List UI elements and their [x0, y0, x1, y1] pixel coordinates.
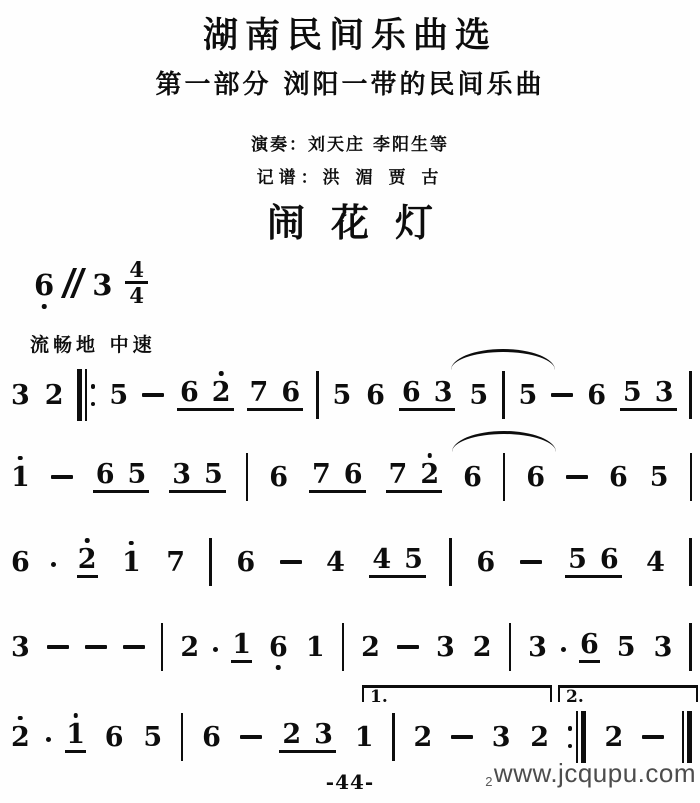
note: 5 — [468, 382, 489, 409]
augmentation-dot-icon — [46, 737, 51, 742]
volta-bracket-2: 2. — [558, 685, 698, 702]
note: 4 — [325, 549, 346, 576]
note: 3 — [491, 724, 512, 751]
duration-dash — [47, 645, 69, 649]
duration-dash — [51, 475, 73, 479]
beamed-note-group: 53 — [620, 379, 677, 411]
note: 6 — [201, 724, 222, 751]
note: 1 — [65, 721, 86, 753]
beamed-note-group: 76 — [309, 461, 366, 493]
beamed-note-group: 72 — [386, 461, 443, 493]
volta-bracket-1: 1. — [362, 685, 552, 702]
tempo-marking: 流畅地 中速 — [30, 330, 156, 357]
note: 6 — [179, 379, 200, 406]
note: 3 — [653, 634, 674, 661]
tuning-low-note: 6 — [34, 271, 54, 300]
duration-dash — [85, 645, 107, 649]
time-signature-numerator: 4 — [125, 259, 148, 280]
barline — [209, 538, 212, 586]
note: 2 — [44, 382, 65, 409]
barline-with-tie — [503, 453, 506, 501]
note: 5 — [127, 461, 148, 488]
note: 2 — [529, 724, 550, 751]
beamed-note-group: 65 — [93, 461, 150, 493]
barline — [181, 713, 184, 761]
barline-with-tie — [502, 371, 505, 419]
duration-dash — [240, 735, 262, 739]
note: 6 — [268, 464, 289, 491]
sheet-music-page: 湖南民间乐曲选 第一部分 浏阳一带的民间乐曲 演奏：刘天庄 李阳生等 记谱：洪 … — [0, 0, 700, 803]
note: 3 — [171, 461, 192, 488]
note: 6 — [401, 379, 422, 406]
time-signature-denominator: 4 — [125, 281, 148, 306]
note: 5 — [567, 546, 588, 573]
repeat-begin-sign — [77, 369, 95, 421]
note: 6 — [280, 379, 301, 406]
duration-dash — [123, 645, 145, 649]
note: 5 — [518, 382, 539, 409]
note: 2 — [604, 724, 625, 751]
note: 2 — [360, 634, 381, 661]
note: 2 — [179, 634, 200, 661]
note: 5 — [142, 724, 163, 751]
collection-title: 湖南民间乐曲选 — [0, 8, 700, 58]
octave-dot-above-icon — [129, 541, 134, 546]
beamed-note-group: 35 — [169, 461, 226, 493]
note: 6 — [599, 546, 620, 573]
note: 6 — [95, 461, 116, 488]
note: 5 — [622, 379, 643, 406]
watermark-prefix: 2 — [485, 774, 493, 789]
beamed-note-group: 23 — [279, 721, 336, 753]
time-signature: 4 4 — [125, 259, 148, 306]
barline — [689, 623, 692, 671]
performers-credit: 演奏：刘天庄 李阳生等 — [0, 130, 700, 155]
augmentation-dot-icon — [213, 647, 218, 652]
beamed-note-group: 76 — [247, 379, 304, 411]
note: 5 — [108, 382, 129, 409]
note: 3 — [435, 634, 456, 661]
barline — [509, 623, 512, 671]
octave-dot-above-icon — [219, 371, 224, 376]
note: 4 — [645, 549, 666, 576]
note: 6 — [10, 549, 31, 576]
beamed-note-group: 63 — [399, 379, 456, 411]
note: 3 — [313, 721, 334, 748]
note: 2 — [412, 724, 433, 751]
note: 1 — [231, 631, 252, 663]
notation-line-3: 621764456564 — [10, 532, 692, 592]
note: 2 — [10, 724, 31, 751]
note: 2 — [77, 546, 98, 578]
note: 3 — [654, 379, 675, 406]
note: 6 — [475, 549, 496, 576]
note: 2 — [419, 461, 440, 488]
octave-dot-above-icon — [18, 716, 23, 721]
duration-dash — [397, 645, 419, 649]
beamed-note-group: 62 — [177, 379, 234, 411]
note: 1 — [305, 634, 326, 661]
note: 2 — [211, 379, 232, 406]
barline — [161, 623, 164, 671]
octave-dot-above-icon — [18, 456, 23, 461]
note: 6 — [365, 382, 386, 409]
note: 7 — [165, 549, 186, 576]
note: 3 — [527, 634, 548, 661]
note: 5 — [331, 382, 352, 409]
note: 6 — [343, 461, 364, 488]
repeat-end-sign — [568, 711, 586, 763]
augmentation-dot-icon — [51, 562, 56, 567]
final-barline — [682, 711, 692, 763]
duration-dash — [520, 560, 542, 564]
duration-dash — [142, 393, 164, 397]
octave-dot-below-icon — [42, 304, 47, 309]
note: 3 — [10, 634, 31, 661]
octave-dot-above-icon — [427, 453, 432, 458]
note: 7 — [311, 461, 332, 488]
watermark-url: www.jcqupu.com — [494, 758, 696, 788]
note: 2 — [281, 721, 302, 748]
volta-label: 2. — [566, 689, 584, 706]
volta-label: 1. — [370, 689, 388, 706]
augmentation-dot-icon — [561, 647, 566, 652]
barline — [689, 371, 692, 419]
note: 7 — [249, 379, 270, 406]
note: 7 — [388, 461, 409, 488]
note: 1 — [10, 464, 31, 491]
beamed-note-group: 56 — [565, 546, 622, 578]
barline — [342, 623, 345, 671]
beamed-note-group: 45 — [369, 546, 426, 578]
barline — [449, 538, 452, 586]
note: 1 — [121, 549, 142, 576]
notation-line-2: 16535676726665 — [10, 447, 692, 507]
octave-dot-below-icon — [276, 665, 281, 670]
transcriber-credit: 记谱：洪 湄 贾 古 — [0, 163, 700, 188]
notation-line-4: 321612323653 — [10, 617, 692, 677]
note: 5 — [616, 634, 637, 661]
note: 5 — [649, 464, 670, 491]
note: 6 — [104, 724, 125, 751]
note: 6 — [586, 382, 607, 409]
note: 3 — [433, 379, 454, 406]
barline — [689, 538, 692, 586]
duration-dash — [551, 393, 573, 397]
notation-line-1: 3256276566355653 — [10, 365, 692, 425]
note: 6 — [579, 631, 600, 663]
duration-dash — [451, 735, 473, 739]
note: 5 — [403, 546, 424, 573]
note: 6 — [462, 464, 483, 491]
note: 6 — [608, 464, 629, 491]
octave-dot-above-icon — [85, 538, 90, 543]
note: 6 — [525, 464, 546, 491]
note: 1 — [354, 724, 375, 751]
duration-dash — [642, 735, 664, 739]
duration-dash — [566, 475, 588, 479]
note: 2 — [472, 634, 493, 661]
note: 3 — [10, 382, 31, 409]
key-signature: 6 3 4 4 — [34, 262, 148, 308]
barline — [690, 453, 693, 501]
barline — [392, 713, 395, 761]
duration-dash — [280, 560, 302, 564]
barline — [246, 453, 249, 501]
barline — [316, 371, 319, 419]
section-title: 第一部分 浏阳一带的民间乐曲 — [0, 64, 700, 101]
note: 6 — [268, 634, 289, 661]
tuning-separator-icon — [67, 268, 79, 298]
note: 6 — [235, 549, 256, 576]
note: 4 — [371, 546, 392, 573]
watermark: 2www.jcqupu.com — [485, 758, 696, 789]
tuning-high-note: 3 — [92, 271, 112, 300]
song-title: 闹花灯 — [0, 192, 700, 247]
note: 5 — [203, 461, 224, 488]
octave-dot-above-icon — [73, 713, 78, 718]
